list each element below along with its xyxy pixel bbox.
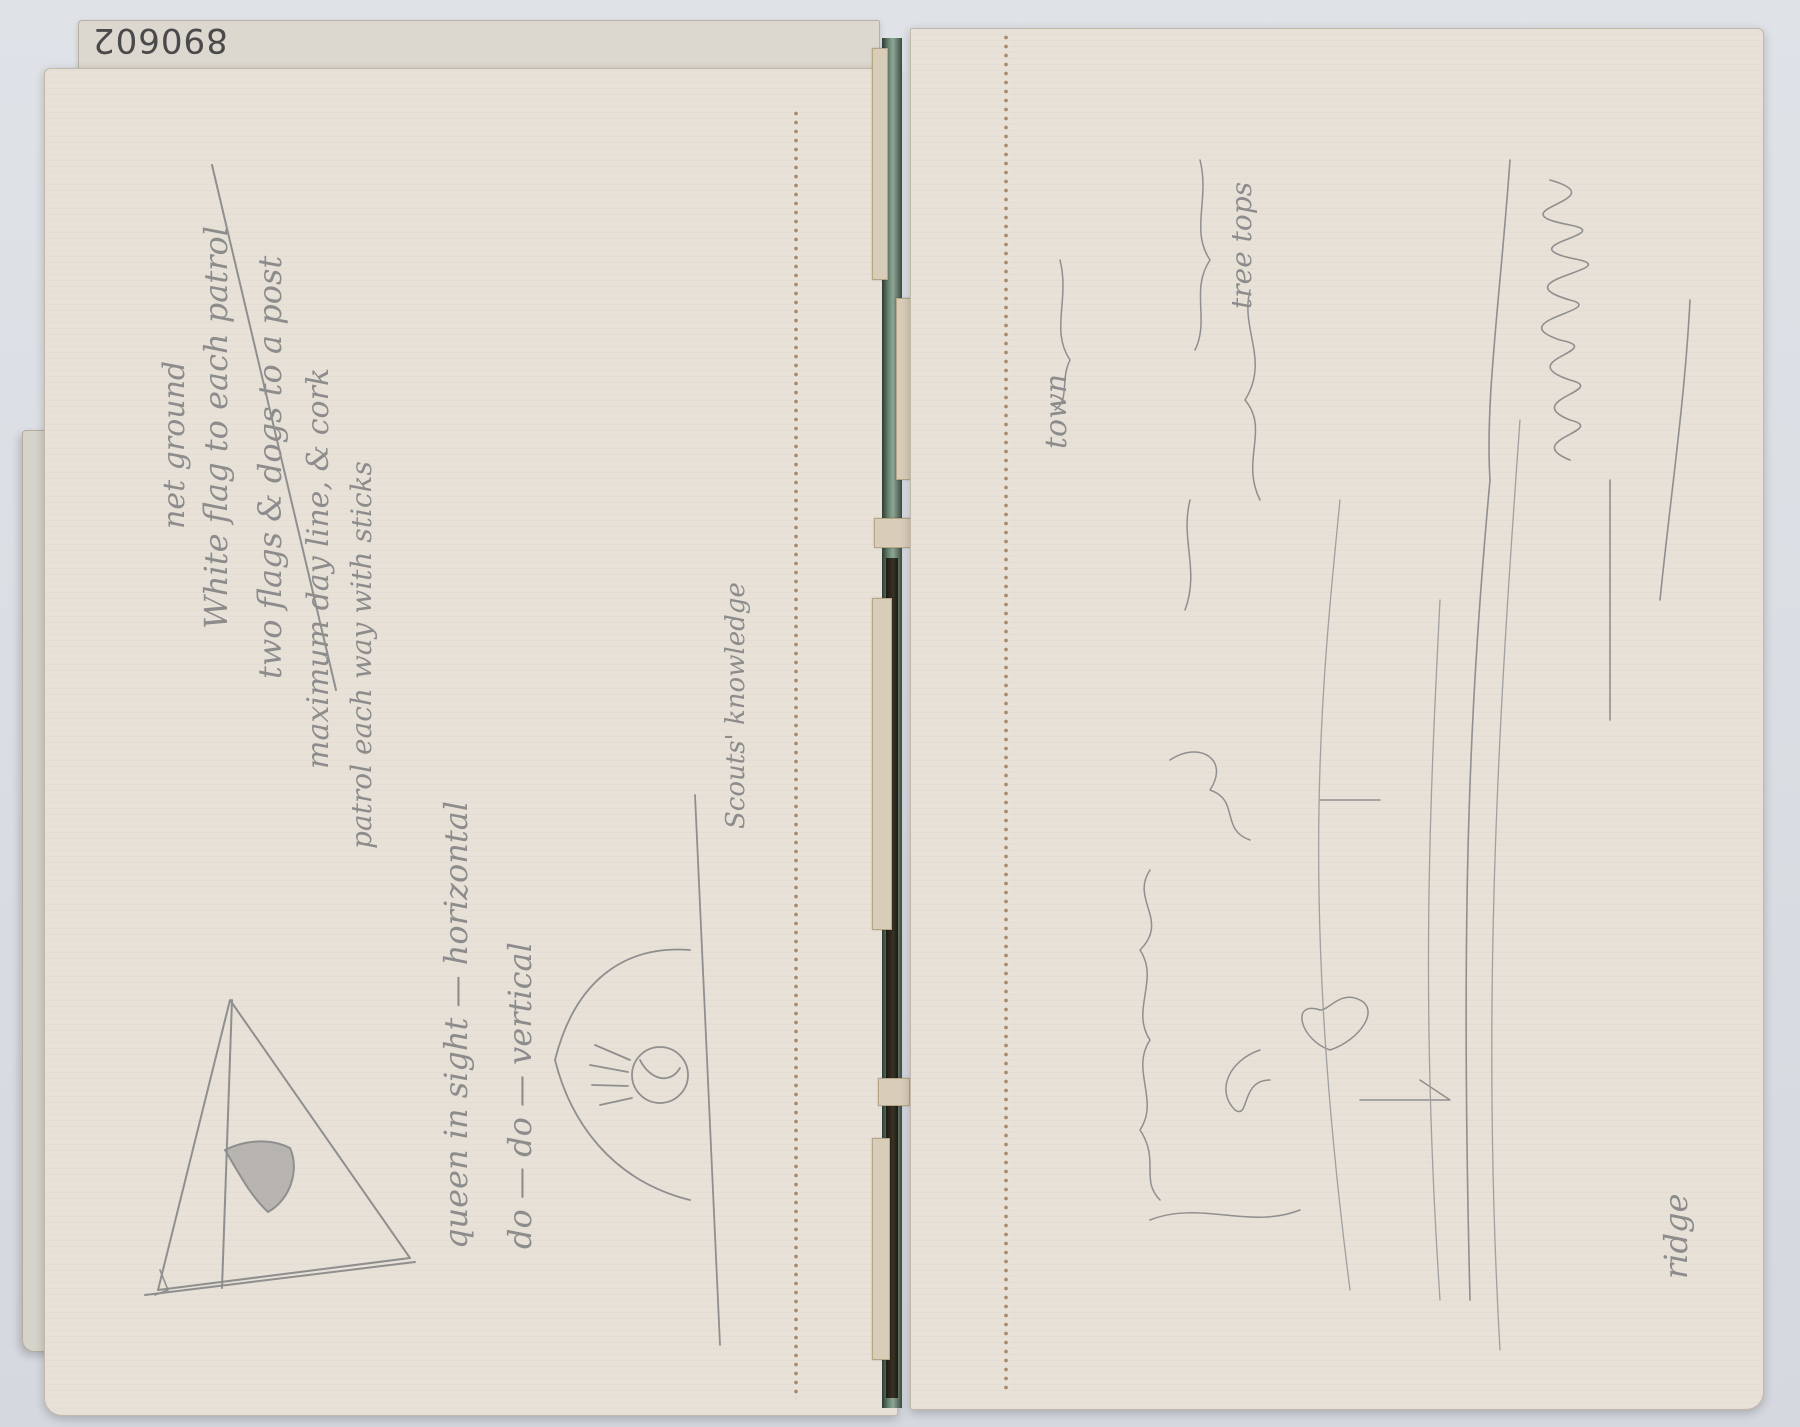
spine-tear xyxy=(872,1138,890,1360)
label-town: town xyxy=(1039,374,1074,449)
spine-tear xyxy=(872,48,888,280)
spine-tear xyxy=(872,598,892,930)
note-two-flags: two flags & dogs to a post xyxy=(251,256,289,679)
perforation-line xyxy=(1003,33,1009,1393)
note-maximum-day-line: maximum day line, & cork xyxy=(301,368,336,769)
note-white-flag: White flag to each patrol xyxy=(197,226,235,629)
spine-tear xyxy=(878,1078,910,1106)
label-tree-tops: tree tops xyxy=(1225,182,1258,309)
spine-tear xyxy=(874,518,912,548)
catalog-number: 890602 xyxy=(92,20,228,60)
note-patrol-each-way: patrol each way with sticks xyxy=(345,461,378,849)
note-do-vertical: do — do — vertical xyxy=(501,942,539,1249)
note-scouts-knowledge: Scouts' knowledge xyxy=(721,582,751,829)
left-page: net ground White flag to each patrol two… xyxy=(44,68,898,1416)
right-page: town tree tops ridge xyxy=(910,28,1764,1410)
note-queen-in-sight: queen in sight — horizontal xyxy=(437,801,475,1249)
perforation-line xyxy=(793,109,799,1399)
note-net-ground: net ground xyxy=(157,361,192,529)
label-ridge: ridge xyxy=(1657,1194,1695,1279)
